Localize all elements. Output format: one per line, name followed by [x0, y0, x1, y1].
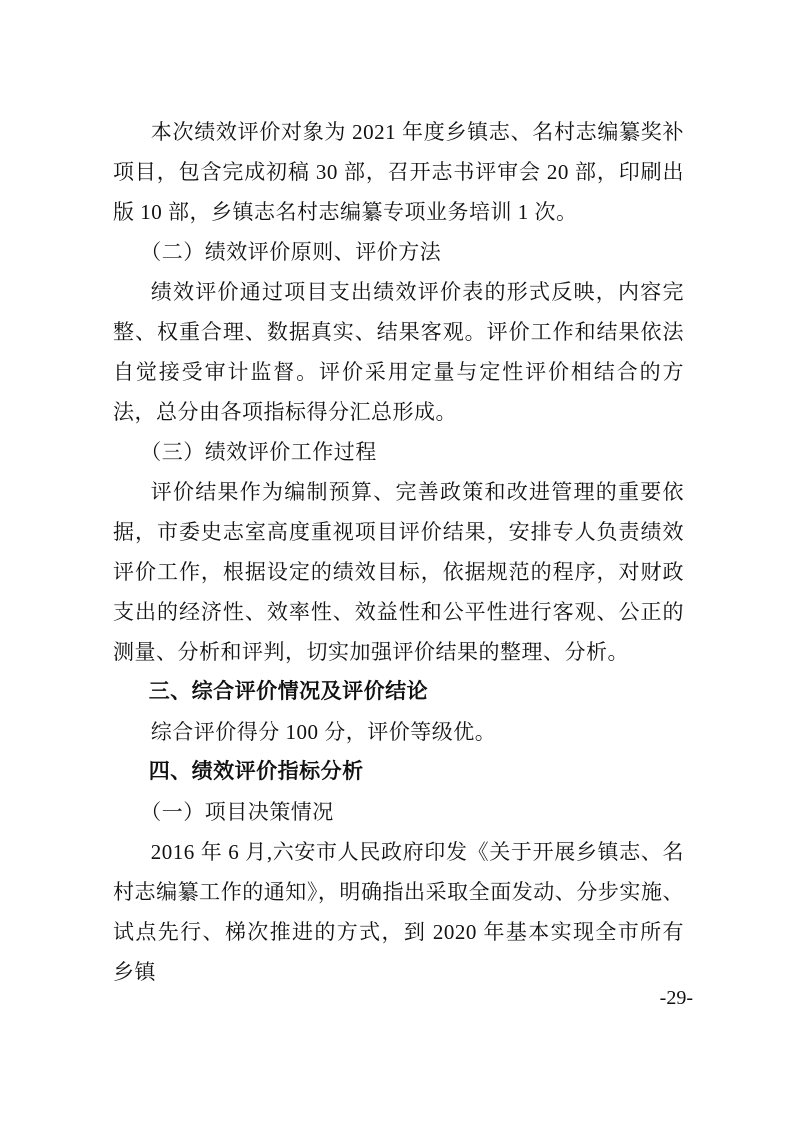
document-body: 本次绩效评价对象为 2021 年度乡镇志、名村志编纂奖补项目，包含完成初稿 30…: [113, 112, 684, 992]
subheading-project-decision: （一）项目决策情况: [113, 792, 684, 832]
paragraph-principles-methods: 绩效评价通过项目支出绩效评价表的形式反映，内容完整、权重合理、数据真实、结果客观…: [113, 272, 684, 432]
document-page: 本次绩效评价对象为 2021 年度乡镇志、名村志编纂奖补项目，包含完成初稿 30…: [0, 0, 793, 1122]
heading-indicator-analysis: 四、绩效评价指标分析: [113, 752, 684, 792]
paragraph-project-decision: 2016 年 6 月,六安市人民政府印发《关于开展乡镇志、名村志编纂工作的通知》…: [113, 832, 684, 992]
paragraph-overall-score: 综合评价得分 100 分，评价等级优。: [113, 712, 684, 752]
heading-overall-evaluation: 三、综合评价情况及评价结论: [113, 672, 684, 712]
subheading-principles-methods: （二）绩效评价原则、评价方法: [113, 232, 684, 272]
subheading-work-process: （三）绩效评价工作过程: [113, 432, 684, 472]
page-number: -29-: [660, 986, 693, 1010]
paragraph-work-process: 评价结果作为编制预算、完善政策和改进管理的重要依据，市委史志室高度重视项目评价结…: [113, 472, 684, 672]
paragraph-project-object: 本次绩效评价对象为 2021 年度乡镇志、名村志编纂奖补项目，包含完成初稿 30…: [113, 112, 684, 232]
